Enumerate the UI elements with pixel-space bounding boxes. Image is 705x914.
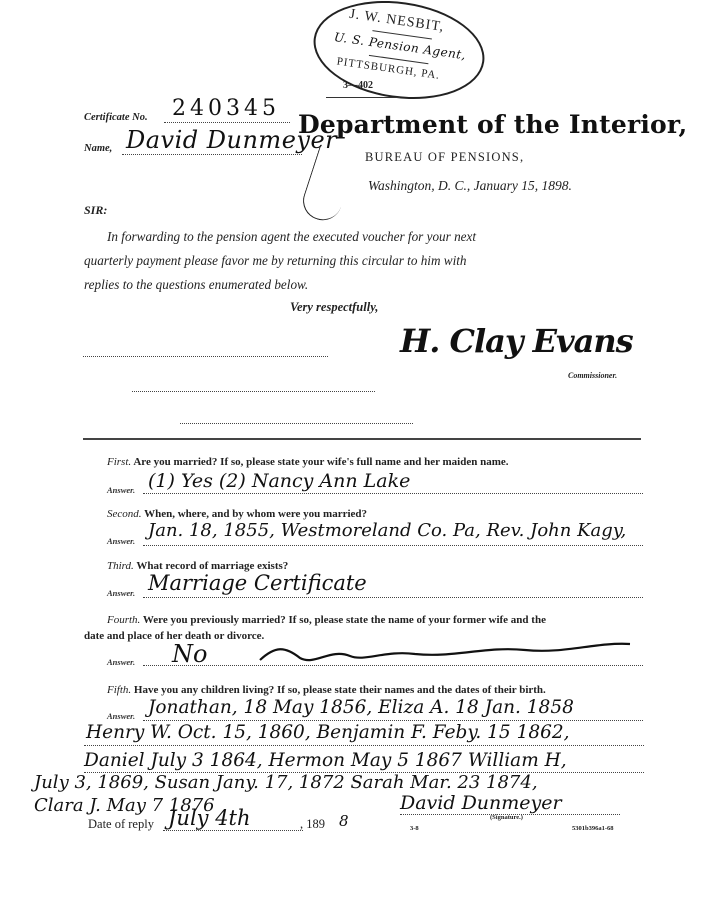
- answer-fifth-line-1: [143, 720, 643, 721]
- commissioner-signature: H. Clay Evans: [400, 322, 633, 360]
- address-line-2: [132, 391, 375, 392]
- dateline: Washington, D. C., January 15, 1898.: [368, 178, 572, 194]
- stamp-line1: J. W. NESBIT,: [348, 7, 445, 36]
- answer-label: Answer.: [107, 536, 135, 546]
- signature-label: (Signature.): [490, 814, 523, 821]
- answer-third-line: [143, 597, 643, 598]
- question-first-text: Are you married? If so, please state you…: [133, 456, 508, 468]
- answer-fourth: No: [172, 640, 207, 668]
- answer-fifth-line-2: [84, 745, 644, 746]
- date-line: [163, 830, 303, 831]
- answer-label: Answer.: [107, 588, 135, 598]
- children-line-2: Henry W. Oct. 15, 1860, Benjamin F. Feby…: [86, 722, 570, 743]
- question-fifth-lead: Fifth.: [107, 684, 131, 696]
- commissioner-title: Commissioner.: [568, 371, 617, 380]
- answer-third: Marriage Certificate: [148, 571, 367, 595]
- name-flourish: [298, 146, 357, 226]
- name-label: Name,: [84, 143, 112, 154]
- certificate-number: 240345: [172, 96, 280, 121]
- answer-first: (1) Yes (2) Nancy Ann Lake: [148, 470, 410, 492]
- answer-label: Answer.: [107, 711, 135, 721]
- question-second-lead: Second.: [107, 508, 142, 520]
- closing: Very respectfully,: [290, 300, 378, 315]
- question-third-lead: Third.: [107, 560, 134, 572]
- answer-fourth-dash-stroke: [255, 638, 635, 668]
- letter-body-line-3: replies to the questions enumerated belo…: [84, 277, 308, 293]
- children-line-3: Daniel July 3 1864, Hermon May 5 1867 Wi…: [84, 750, 567, 771]
- year-suffix: 8: [339, 812, 349, 830]
- department-title: Department of the Interior,: [298, 110, 687, 139]
- form-code-left: 3-8: [410, 825, 419, 832]
- salutation: SIR:: [84, 203, 107, 218]
- children-line-1: Jonathan, 18 May 1856, Eliza A. 18 Jan. …: [148, 697, 574, 718]
- stamp-line3: PITTSBURGH, PA.: [336, 56, 441, 82]
- answer-label: Answer.: [107, 485, 135, 495]
- question-fourth-lead: Fourth.: [107, 614, 140, 626]
- certificate-label: Certificate No.: [84, 112, 148, 123]
- answer-label: Answer.: [107, 657, 135, 667]
- form-code-rule: [326, 97, 400, 98]
- date-label: Date of reply: [88, 817, 154, 832]
- question-fifth: Fifth. Have you any children living? If …: [107, 684, 546, 696]
- letter-body-line-2: quarterly payment please favor me by ret…: [84, 253, 467, 269]
- address-line-3: [180, 423, 413, 424]
- address-line-1: [83, 356, 328, 357]
- answer-first-line: [143, 493, 643, 494]
- date-value: July 4th: [168, 806, 251, 830]
- question-first: First. Are you married? If so, please st…: [107, 456, 509, 468]
- question-fifth-text: Have you any children living? If so, ple…: [134, 684, 546, 696]
- form-code: 3—402: [343, 80, 373, 91]
- answer-second-line: [143, 545, 643, 546]
- question-first-lead: First.: [107, 456, 131, 468]
- section-divider: [83, 438, 641, 440]
- pension-agent-stamp: J. W. NESBIT, U. S. Pension Agent, PITTS…: [307, 0, 491, 110]
- question-fourth-text: Were you previously married? If so, plea…: [143, 614, 546, 626]
- form-code-right: 5301b396a1-68: [572, 825, 614, 832]
- question-fourth: Fourth. Were you previously married? If …: [107, 614, 546, 626]
- children-line-4: July 3, 1869, Susan Jany. 17, 1872 Sarah…: [34, 772, 538, 793]
- applicant-signature: David Dunmeyer: [400, 792, 562, 814]
- question-second: Second. When, where, and by whom were yo…: [107, 508, 367, 520]
- year-prefix: , 189: [300, 817, 325, 832]
- bureau-title: BUREAU OF PENSIONS,: [365, 150, 524, 165]
- answer-second: Jan. 18, 1855, Westmoreland Co. Pa, Rev.…: [148, 520, 626, 541]
- question-second-text: When, where, and by whom were you marrie…: [144, 508, 367, 520]
- letter-body-line-1: In forwarding to the pension agent the e…: [107, 229, 476, 245]
